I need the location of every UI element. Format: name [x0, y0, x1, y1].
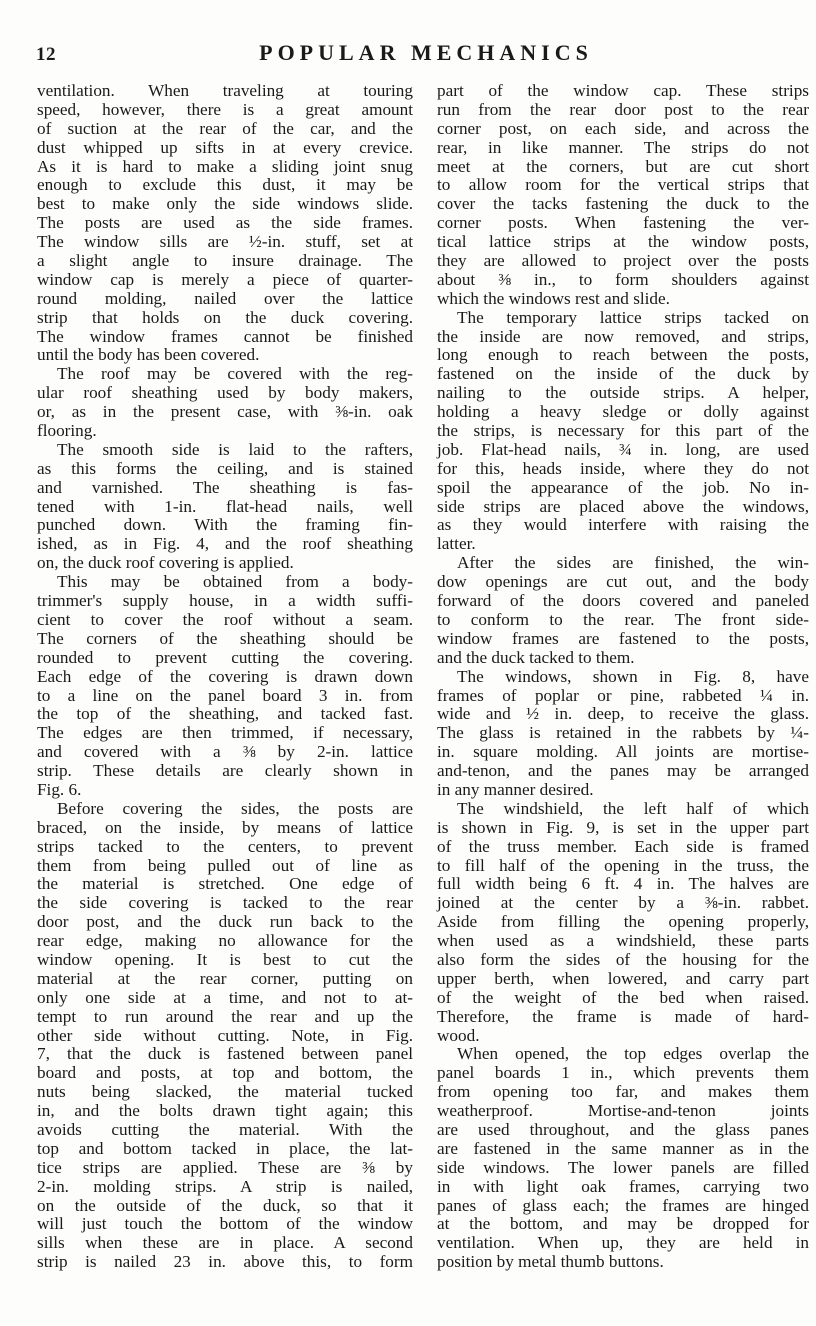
text-line: cover the tacks fastening the duck to th…: [437, 195, 809, 214]
text-line: The posts are used as the side frames.: [37, 214, 413, 233]
text-line: on the outside of the duck, so that it: [37, 1197, 413, 1216]
text-line: wood.: [437, 1027, 809, 1046]
text-line: The smooth side is laid to the rafters,: [37, 441, 413, 460]
text-line: The window frames cannot be finished: [37, 328, 413, 347]
text-line: window opening. It is best to cut the: [37, 951, 413, 970]
text-line: The windshield, the left half of which: [437, 800, 809, 819]
text-line: run from the rear door post to the rear: [437, 101, 809, 120]
text-line: dow openings are cut out, and the body: [437, 573, 809, 592]
text-line: tempt to run around the rear and up the: [37, 1008, 413, 1027]
text-line: to fill half of the opening in the truss…: [437, 857, 809, 876]
text-line: Fig. 6.: [37, 781, 413, 800]
text-line: is shown in Fig. 9, is set in the upper …: [437, 819, 809, 838]
text-line: tical lattice strips at the window posts…: [437, 233, 809, 252]
text-line: them from being pulled out of line as: [37, 857, 413, 876]
text-line: or, as in the present case, with ⅜-in. o…: [37, 403, 413, 422]
text-line: nailing to the outside strips. A helper,: [437, 384, 809, 403]
text-line: nuts being slacked, the material tucked: [37, 1083, 413, 1102]
text-line: door post, and the duck run back to the: [37, 913, 413, 932]
text-line: also form the sides of the housing for t…: [437, 951, 809, 970]
text-line: panel boards 1 in., which prevents them: [437, 1064, 809, 1083]
text-line: to a line on the panel board 3 in. from: [37, 687, 413, 706]
text-line: other side without cutting. Note, in Fig…: [37, 1027, 413, 1046]
text-line: speed, however, there is a great amount: [37, 101, 413, 120]
text-line: until the body has been covered.: [37, 346, 413, 365]
text-line: meet at the corners, but are cut short: [437, 158, 809, 177]
text-line: board and posts, at top and bottom, the: [37, 1064, 413, 1083]
text-line: punched down. With the framing fin-: [37, 516, 413, 535]
running-head: 12 POPULAR MECHANICS: [36, 40, 796, 70]
text-line: at the bottom, and may be dropped for: [437, 1215, 809, 1234]
text-line: The temporary lattice strips tacked on: [437, 309, 809, 328]
text-line: of the weight of the bed when raised.: [437, 989, 809, 1008]
text-line: upper berth, when lowered, and carry par…: [437, 970, 809, 989]
text-line: trimmer's supply house, in a width suffi…: [37, 592, 413, 611]
text-line: in with light oak frames, carrying two: [437, 1178, 809, 1197]
text-line: strip. These details are clearly shown i…: [37, 762, 413, 781]
text-line: the strips, is necessary for this part o…: [437, 422, 809, 441]
text-line: forward of the doors covered and paneled: [437, 592, 809, 611]
text-line: spoil the appearance of the job. No in-: [437, 479, 809, 498]
text-line: are fastened in the same manner as in th…: [437, 1140, 809, 1159]
text-line: top and bottom tacked in place, the lat-: [37, 1140, 413, 1159]
text-line: side windows. The lower panels are fille…: [437, 1159, 809, 1178]
text-line: are used throughout, and the glass panes: [437, 1121, 809, 1140]
text-line: corner posts. When fastening the ver-: [437, 214, 809, 233]
text-line: rear, in like manner. The strips do not: [437, 139, 809, 158]
text-line: and-tenon, and the panes may be arranged: [437, 762, 809, 781]
text-line: a slight angle to insure drainage. The: [37, 252, 413, 271]
text-line: The roof may be covered with the reg-: [37, 365, 413, 384]
text-line: 2-in. molding strips. A strip is nailed,: [37, 1178, 413, 1197]
text-line: in any manner desired.: [437, 781, 809, 800]
text-line: job. Flat-head nails, ¾ in. long, are us…: [437, 441, 809, 460]
text-line: cient to cover the roof without a seam.: [37, 611, 413, 630]
text-line: ventilation. When traveling at touring: [37, 82, 413, 101]
text-line: from opening too far, and makes them: [437, 1083, 809, 1102]
magazine-title: POPULAR MECHANICS: [36, 40, 796, 66]
text-line: which the windows rest and slide.: [437, 290, 809, 309]
text-line: the material is stretched. One edge of: [37, 875, 413, 894]
text-line: panes of glass each; the frames are hing…: [437, 1197, 809, 1216]
text-line: to allow room for the vertical strips th…: [437, 176, 809, 195]
text-line: best to make only the side windows slide…: [37, 195, 413, 214]
text-line: and the duck tacked to them.: [437, 649, 809, 668]
text-line: and covered with a ⅜ by 2-in. lattice: [37, 743, 413, 762]
text-line: The windows, shown in Fig. 8, have: [437, 668, 809, 687]
text-line: When opened, the top edges overlap the: [437, 1045, 809, 1064]
text-line: of the truss member. Each side is framed: [437, 838, 809, 857]
text-line: to conform to the rear. The front side-: [437, 611, 809, 630]
text-line: ished, as in Fig. 4, and the roof sheath…: [37, 535, 413, 554]
text-line: weatherproof. Mortise-and-tenon joints: [437, 1102, 809, 1121]
text-line: braced, on the inside, by means of latti…: [37, 819, 413, 838]
text-line: ventilation. When up, they are held in: [437, 1234, 809, 1253]
text-line: part of the window cap. These strips: [437, 82, 809, 101]
text-line: as they would interfere with raising the: [437, 516, 809, 535]
text-line: rounded to prevent cutting the covering.: [37, 649, 413, 668]
text-line: position by metal thumb buttons.: [437, 1253, 809, 1272]
text-line: of suction at the rear of the car, and t…: [37, 120, 413, 139]
text-line: flooring.: [37, 422, 413, 441]
text-line: enough to exclude this dust, it may be: [37, 176, 413, 195]
text-line: corner post, on each side, and across th…: [437, 120, 809, 139]
magazine-page: 12 POPULAR MECHANICS ventilation. When t…: [0, 0, 816, 1326]
text-line: Each edge of the covering is drawn down: [37, 668, 413, 687]
text-line: in, and the bolts drawn tight again; thi…: [37, 1102, 413, 1121]
text-line: side strips are placed above the windows…: [437, 498, 809, 517]
text-line: tice strips are applied. These are ⅜ by: [37, 1159, 413, 1178]
text-line: Therefore, the frame is made of hard-: [437, 1008, 809, 1027]
text-line: the inside are now removed, and strips,: [437, 328, 809, 347]
text-line: round molding, nailed over the lattice: [37, 290, 413, 309]
text-line: This may be obtained from a body-: [37, 573, 413, 592]
text-line: about ⅜ in., to form shoulders against: [437, 271, 809, 290]
text-line: for this, heads inside, where they do no…: [437, 460, 809, 479]
text-line: latter.: [437, 535, 809, 554]
text-line: The edges are then trimmed, if necessary…: [37, 724, 413, 743]
text-line: frames of poplar or pine, rabbeted ¼ in.: [437, 687, 809, 706]
text-line: the side covering is tacked to the rear: [37, 894, 413, 913]
text-line: fastened on the inside of the duck by: [437, 365, 809, 384]
text-line: dust whipped up sifts in at every crevic…: [37, 139, 413, 158]
text-line: when used as a windshield, these parts: [437, 932, 809, 951]
text-line: material at the rear corner, putting on: [37, 970, 413, 989]
text-line: window frames are fastened to the posts,: [437, 630, 809, 649]
text-line: After the sides are finished, the win-: [437, 554, 809, 573]
text-column-left: ventilation. When traveling at touringsp…: [37, 82, 413, 1272]
text-line: tened with 1-in. flat-head nails, well: [37, 498, 413, 517]
text-line: strips tacked to the centers, to prevent: [37, 838, 413, 857]
text-line: window cap is merely a piece of quarter-: [37, 271, 413, 290]
text-line: 7, that the duck is fastened between pan…: [37, 1045, 413, 1064]
text-line: sills when these are in place. A second: [37, 1234, 413, 1253]
text-line: ular roof sheathing used by body makers,: [37, 384, 413, 403]
text-line: rear edge, making no allowance for the: [37, 932, 413, 951]
text-line: they are allowed to project over the pos…: [437, 252, 809, 271]
text-line: Before covering the sides, the posts are: [37, 800, 413, 819]
text-column-right: part of the window cap. These stripsrun …: [437, 82, 809, 1272]
text-line: full width being 6 ft. 4 in. The halves …: [437, 875, 809, 894]
text-line: Aside from filling the opening properly,: [437, 913, 809, 932]
text-line: the top of the sheathing, and tacked fas…: [37, 705, 413, 724]
text-line: long enough to reach between the posts,: [437, 346, 809, 365]
text-line: wide and ½ in. deep, to receive the glas…: [437, 705, 809, 724]
text-line: avoids cutting the material. With the: [37, 1121, 413, 1140]
text-line: The corners of the sheathing should be: [37, 630, 413, 649]
text-line: strip is nailed 23 in. above this, to fo…: [37, 1253, 413, 1272]
text-line: The glass is retained in the rabbets by …: [437, 724, 809, 743]
text-line: The window sills are ½-in. stuff, set at: [37, 233, 413, 252]
text-line: joined at the center by a ⅜-in. rabbet.: [437, 894, 809, 913]
text-line: on, the duck roof covering is applied.: [37, 554, 413, 573]
text-line: only one side at a time, and not to at-: [37, 989, 413, 1008]
text-line: holding a heavy sledge or dolly against: [437, 403, 809, 422]
text-line: will just touch the bottom of the window: [37, 1215, 413, 1234]
text-line: and varnished. The sheathing is fas-: [37, 479, 413, 498]
text-line: as this forms the ceiling, and is staine…: [37, 460, 413, 479]
text-line: strip that holds on the duck covering.: [37, 309, 413, 328]
text-line: As it is hard to make a sliding joint sn…: [37, 158, 413, 177]
text-line: in. square molding. All joints are morti…: [437, 743, 809, 762]
